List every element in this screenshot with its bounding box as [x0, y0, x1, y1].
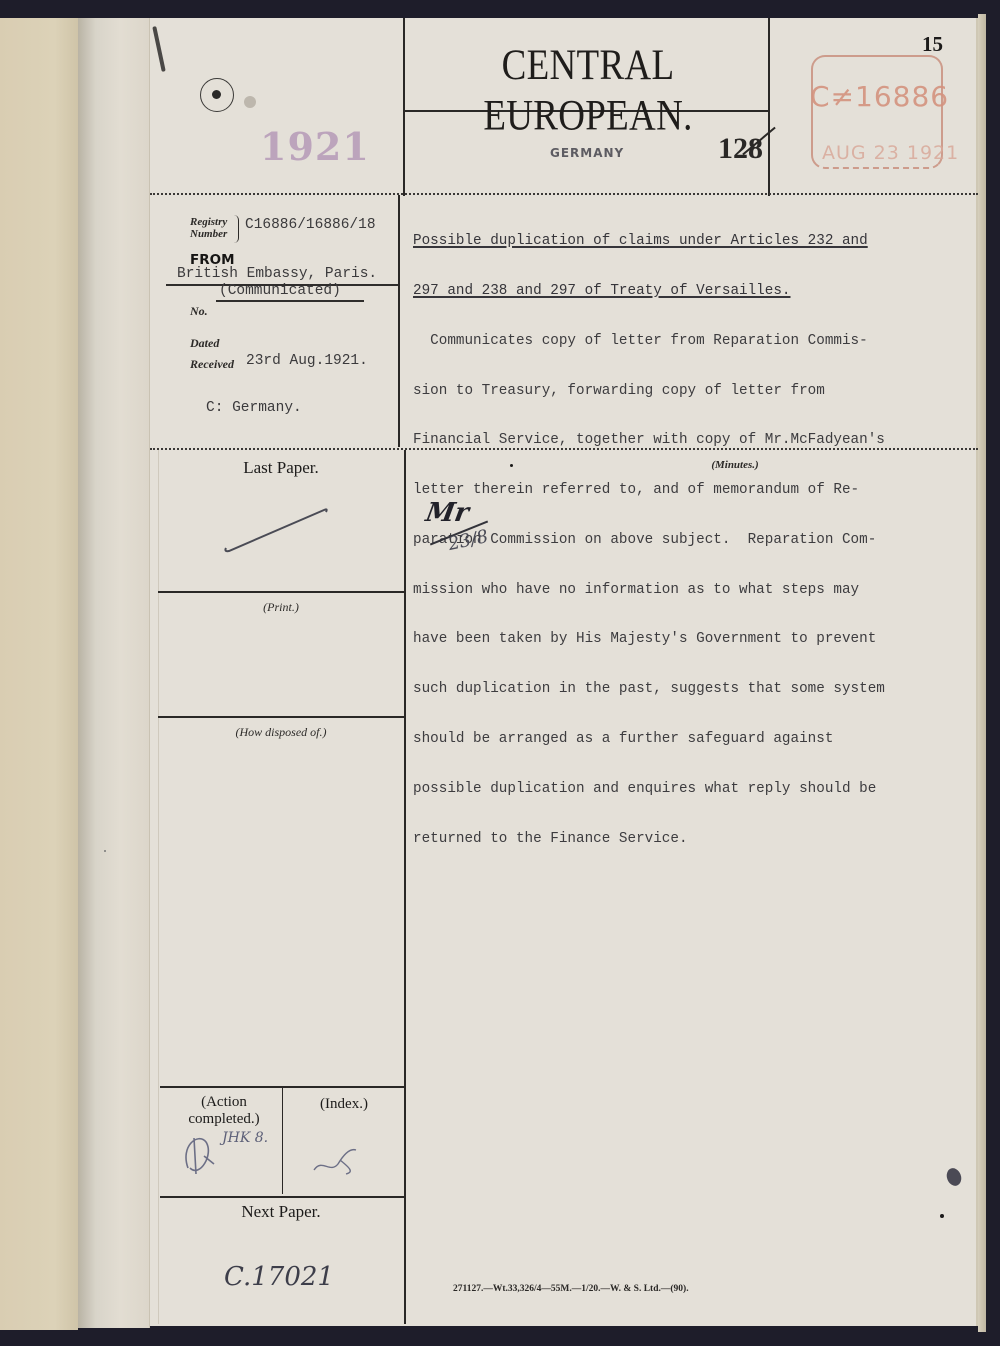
- subject-body-line: Communicates copy of letter from Reparat…: [413, 333, 973, 350]
- dot: [940, 1214, 944, 1218]
- index-label: (Index.): [284, 1096, 404, 1113]
- sheet-edge: [978, 14, 986, 1332]
- registry-stamp-date: AUG 23 1921: [822, 142, 959, 164]
- registry-dotted-rule: [150, 448, 978, 450]
- subject-body-line: sion to Treasury, forwarding copy of let…: [413, 383, 973, 400]
- punch-hole-icon: [200, 78, 234, 112]
- minute-initials: Mr: [423, 498, 471, 528]
- subject-body-line: returned to the Finance Service.: [413, 831, 973, 848]
- action-signature: JHK 8.: [180, 1118, 270, 1184]
- dot: [510, 464, 513, 467]
- header-dotted-rule: [150, 193, 978, 195]
- next-paper-heading: Next Paper.: [158, 1202, 404, 1222]
- subject-body-line: Financial Service, together with copy of…: [413, 432, 973, 449]
- from-note: (Communicated): [219, 283, 341, 299]
- printer-imprint: 271127.—Wt.33,326/4—55M.—1/20.—W. & S. L…: [453, 1284, 689, 1294]
- subject-body-line: possible duplication and enquires what r…: [413, 781, 973, 798]
- left-column-edge: [158, 450, 159, 1324]
- registry-label: Registry Number: [190, 216, 227, 240]
- no-label: No.: [190, 305, 208, 317]
- subject-body-line: paration Commission on above subject. Re…: [413, 532, 973, 549]
- folio-number: 15: [922, 32, 943, 57]
- binding-left: [0, 18, 78, 1330]
- action-index-divider: [282, 1088, 283, 1194]
- print-rule: [158, 591, 404, 593]
- subject-body-line: should be arranged as a further safeguar…: [413, 731, 973, 748]
- subject-title-line-1: Possible duplication of claims under Art…: [413, 233, 973, 250]
- last-paper-heading: Last Paper.: [158, 458, 404, 478]
- received-date: 23rd Aug.1921.: [246, 353, 368, 369]
- next-paper-reference: C.17021: [224, 1262, 334, 1292]
- registry-brace: [234, 215, 239, 243]
- subject-body-line: letter therein referred to, and of memor…: [413, 482, 973, 499]
- department-title: CENTRAL EUROPEAN.: [410, 40, 766, 141]
- how-disposed-rule: [158, 716, 404, 718]
- subject-block: Possible duplication of claims under Art…: [413, 200, 973, 864]
- received-label: Received: [190, 358, 234, 370]
- header-divider-right: [768, 18, 770, 196]
- faint-circle-mark: [244, 96, 256, 108]
- subject-body-line: mission who have no information as to wh…: [413, 582, 973, 599]
- dated-label: Dated: [190, 337, 219, 349]
- subject-title-line-2: 297 and 238 and 297 of Treaty of Versail…: [413, 283, 973, 300]
- from-value: British Embassy, Paris.: [177, 266, 377, 282]
- action-initials: JHK 8.: [219, 1130, 268, 1146]
- subject-body-line: such duplication in the past, suggests t…: [413, 681, 973, 698]
- next-paper-rule: [160, 1196, 404, 1198]
- registry-label-1: Registry: [190, 216, 227, 228]
- dot: [104, 850, 106, 852]
- category: C: Germany.: [206, 400, 302, 416]
- last-paper-tick-mark: [220, 504, 332, 556]
- registry-number: C16886/16886/18: [245, 217, 376, 233]
- print-label: (Print.): [158, 600, 404, 615]
- file-number: 128: [718, 132, 763, 166]
- minutes-label: (Minutes.): [405, 459, 1000, 471]
- from-note-underline: [216, 300, 364, 302]
- header-divider-left: [403, 18, 405, 196]
- subject-body-line: have been taken by His Majesty's Governm…: [413, 631, 973, 648]
- year-stamp: 1921: [260, 124, 370, 169]
- registry-label-2: Number: [190, 228, 227, 240]
- gutter-page: [78, 18, 150, 1328]
- registry-stamp-number: C≠16886: [810, 80, 949, 113]
- main-column-divider: [404, 450, 406, 1324]
- registry-divider: [398, 195, 400, 447]
- country-stamp: GERMANY: [550, 146, 624, 160]
- index-signature: [310, 1140, 370, 1180]
- how-disposed-label: (How disposed of.): [158, 725, 404, 740]
